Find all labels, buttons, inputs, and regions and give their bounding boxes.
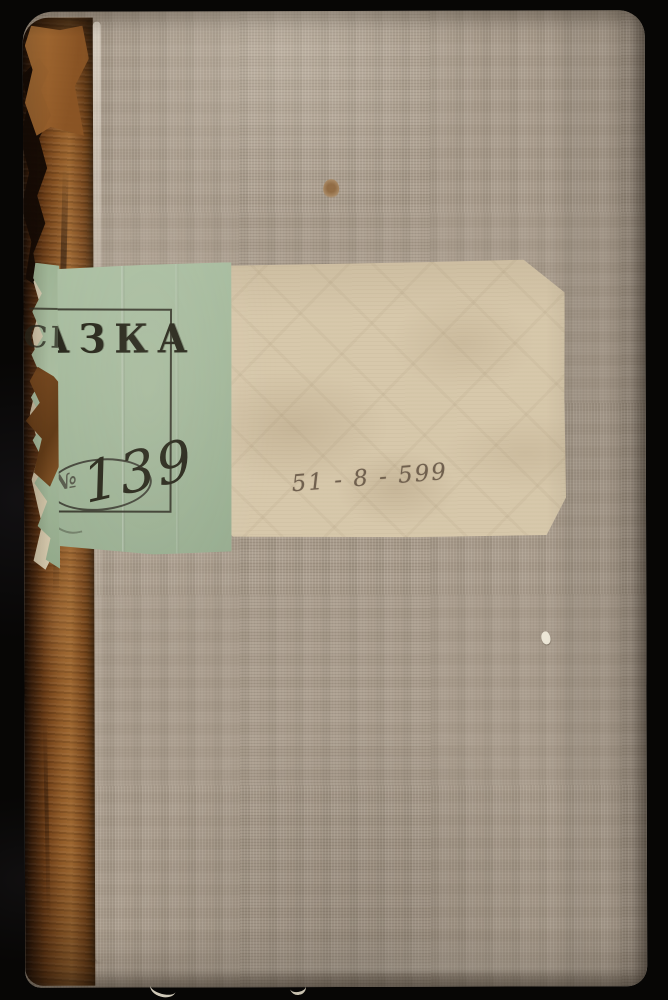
photo-background: 51 - 8 - 599 СК АЗКА № 139 xyxy=(0,0,668,1000)
book-cover: 51 - 8 - 599 СК АЗКА № 139 xyxy=(23,10,648,988)
label-crease xyxy=(175,262,179,554)
frame-line-extension xyxy=(29,308,59,310)
label-title-word: АЗКА xyxy=(57,319,196,359)
green-label: АЗКА № 139 xyxy=(57,262,232,554)
label-mottling xyxy=(223,259,567,539)
archive-label: 51 - 8 - 599 xyxy=(223,259,567,539)
bottom-edge-highlight xyxy=(145,926,645,973)
stain-spot xyxy=(323,179,339,199)
